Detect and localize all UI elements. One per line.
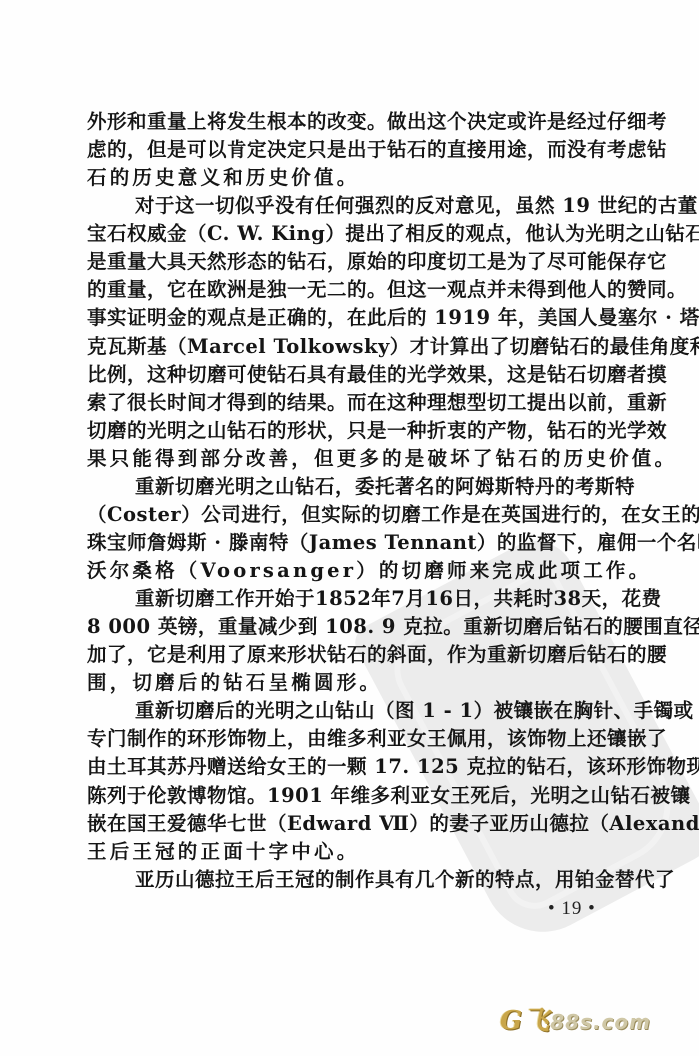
text-line: 重新切磨光明之山钻石，委托著名的阿姆斯特丹的考斯特: [87, 473, 623, 501]
text-line: 珠宝师詹姆斯 · 滕南特（James Tennant）的监督下，雇佣一个名叫: [87, 529, 623, 557]
body-text: 外形和重量上将发生根本的改变。做出这个决定或许是经过仔细考 虑的，但是可以肯定决…: [87, 108, 623, 894]
text-line: （Coster）公司进行，但实际的切磨工作是在英国进行的，在女王的: [87, 501, 623, 529]
text-line: 亚历山德拉王后王冠的制作具有几个新的特点，用铂金替代了: [87, 866, 623, 894]
text-line: 8 000 英镑，重量减少到 108. 9 克拉。重新切磨后钻石的腰围直径增: [87, 613, 623, 641]
text-line: 的重量，它在欧洲是独一无二的。但这一观点并未得到他人的赞同。: [87, 276, 623, 304]
text-line: 王后王冠的正面十字中心。: [87, 838, 623, 866]
text-line: 专门制作的环形饰物上，由维多利亚女王佩用，该饰物上还镶嵌了: [87, 725, 623, 753]
text-line: 嵌在国王爱德华七世（Edward Ⅶ）的妻子亚历山德拉（Alexandra）: [87, 810, 623, 838]
text-line: 外形和重量上将发生根本的改变。做出这个决定或许是经过仔细考: [87, 108, 623, 136]
text-line: 克瓦斯基（Marcel Tolkowsky）才计算出了切磨钻石的最佳角度和: [87, 333, 623, 361]
text-line: 石的历史意义和历史价值。: [87, 164, 623, 192]
text-line: 虑的，但是可以肯定决定只是出于钻石的直接用途，而没有考虑钻: [87, 136, 623, 164]
text-line: 果只能得到部分改善，但更多的是破坏了钻石的历史价值。: [87, 445, 623, 473]
site-logo-main: G飞: [500, 1006, 550, 1036]
text-line: 加了，它是利用了原来形状钻石的斜面，作为重新切磨后钻石的腰: [87, 641, 623, 669]
text-line: 比例，这种切磨可使钻石具有最佳的光学效果，这是钻石切磨者摸: [87, 361, 623, 389]
page-number: • 19 •: [548, 898, 596, 920]
text-line: 对于这一切似乎没有任何强烈的反对意见，虽然 19 世纪的古董: [87, 192, 623, 220]
text-line: 切磨的光明之山钻石的形状，只是一种折衷的产物，钻石的光学效: [87, 417, 623, 445]
text-line: 围，切磨后的钻石呈椭圆形。: [87, 669, 623, 697]
text-line: 重新切磨后的光明之山钻山（图 1 - 1）被镶嵌在胸针、手镯或: [87, 697, 623, 725]
text-line: 事实证明金的观点是正确的，在此后的 1919 年，美国人曼塞尔 · 塔: [87, 304, 623, 332]
site-logo-watermark: G飞88s.com: [500, 1000, 651, 1037]
text-line: 是重量大具天然形态的钻石，原始的印度切工是为了尽可能保存它: [87, 248, 623, 276]
site-logo-tail: 88s.com: [550, 1010, 651, 1034]
text-line: 索了很长时间才得到的结果。而在这种理想型切工提出以前，重新: [87, 389, 623, 417]
text-line: 沃尔桑格（Voorsanger）的切磨师来完成此项工作。: [87, 557, 623, 585]
text-line: 陈列于伦敦博物馆。1901 年维多利亚女王死后，光明之山钻石被镶: [87, 782, 623, 810]
text-line: 由土耳其苏丹赠送给女王的一颗 17. 125 克拉的钻石，该环形饰物现: [87, 753, 623, 781]
text-line: 宝石权威金（C. W. King）提出了相反的观点，他认为光明之山钻石: [87, 220, 623, 248]
scanned-book-page: 外形和重量上将发生根本的改变。做出这个决定或许是经过仔细考 虑的，但是可以肯定决…: [0, 0, 699, 1056]
text-line: 重新切磨工作开始于1852年7月16日，共耗时38天，花费: [87, 585, 623, 613]
